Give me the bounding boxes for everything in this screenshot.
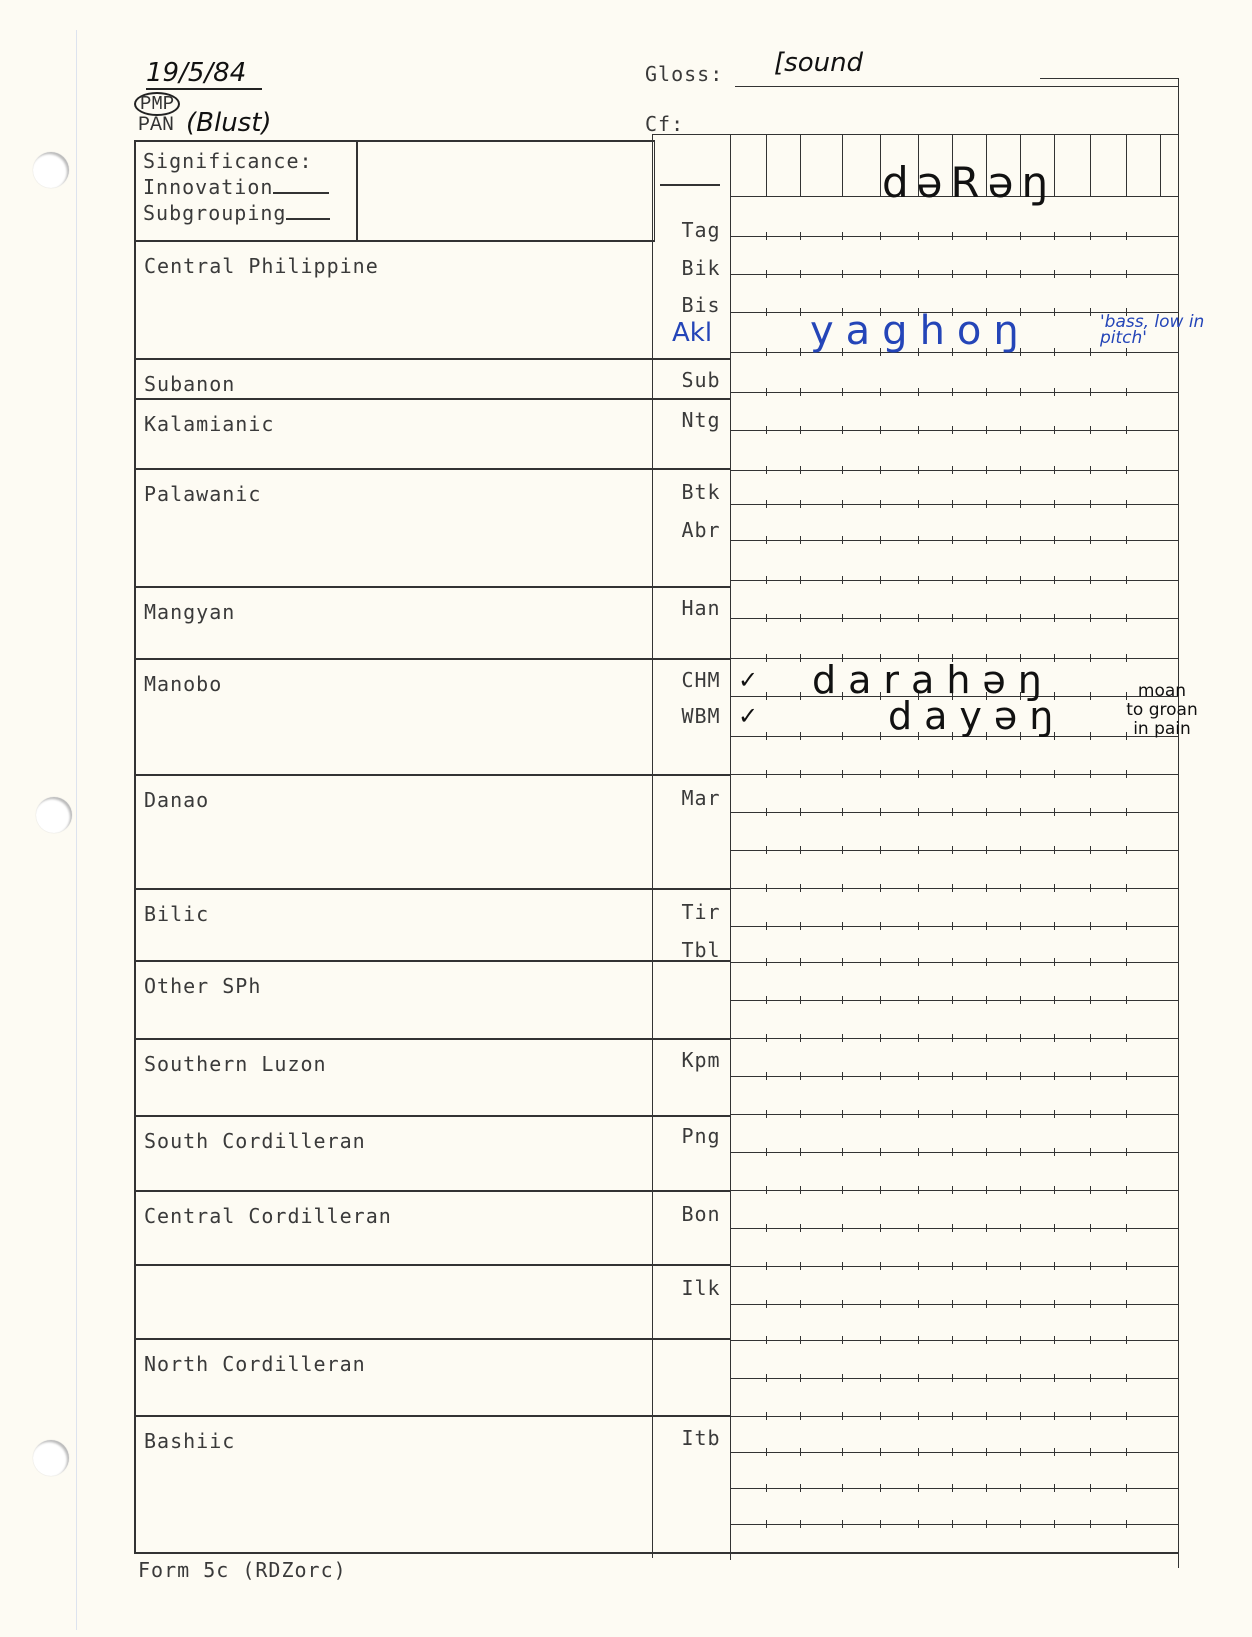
- tick-mark: [880, 500, 881, 508]
- tick-mark: [842, 1520, 843, 1528]
- tick-mark: [800, 846, 801, 854]
- tick-mark: [952, 922, 953, 930]
- group-name: Bashiic: [144, 1429, 235, 1453]
- tick-mark: [800, 732, 801, 740]
- tick-mark: [986, 1034, 987, 1042]
- tick-mark: [918, 808, 919, 816]
- akl-gloss: 'bass, low in pitch': [1100, 314, 1210, 346]
- ruled-line: [730, 1304, 1178, 1305]
- tick-mark: [1020, 808, 1021, 816]
- tick-mark: [1020, 232, 1021, 240]
- tick-mark: [1090, 1448, 1091, 1456]
- ruled-line: [730, 504, 1178, 505]
- tick-mark: [1126, 1300, 1127, 1308]
- tick-mark: [986, 466, 987, 474]
- ruled-line: [730, 1452, 1178, 1453]
- ruled-line: [730, 1114, 1178, 1115]
- ruled-line: [730, 926, 1178, 927]
- tick-mark: [1020, 576, 1021, 584]
- tick-mark: [1090, 576, 1091, 584]
- tick-mark: [1090, 958, 1091, 966]
- tick-mark: [842, 1484, 843, 1492]
- tick-mark: [880, 614, 881, 622]
- tick-mark: [952, 996, 953, 1004]
- tick-mark: [800, 654, 801, 662]
- tick-mark: [1054, 1072, 1055, 1080]
- tick-mark: [1020, 426, 1021, 434]
- tick-mark: [1020, 1262, 1021, 1270]
- tick-mark: [842, 1262, 843, 1270]
- group-name: Other SPh: [144, 974, 261, 998]
- tick-mark: [1090, 614, 1091, 622]
- chm-check: ✓: [738, 666, 758, 694]
- tick-mark: [880, 958, 881, 966]
- tick-mark: [800, 1262, 801, 1270]
- tick-mark: [880, 576, 881, 584]
- tick-mark: [1126, 1262, 1127, 1270]
- tick-mark: [986, 922, 987, 930]
- tick-mark: [1020, 1374, 1021, 1382]
- tick-mark: [1020, 1224, 1021, 1232]
- tick-mark: [800, 270, 801, 278]
- tick-mark: [918, 466, 919, 474]
- tick-mark: [1054, 1520, 1055, 1528]
- tick-mark: [1054, 308, 1055, 316]
- language-code: Abr: [676, 518, 726, 542]
- ruled-line: [730, 1190, 1178, 1191]
- tick-mark: [880, 884, 881, 892]
- tick-mark: [1090, 1224, 1091, 1232]
- right-border: [1178, 78, 1179, 1568]
- tick-mark: [1126, 614, 1127, 622]
- tick-mark: [952, 884, 953, 892]
- tick-mark: [880, 846, 881, 854]
- group-divider: [134, 398, 730, 400]
- tick-mark: [986, 1484, 987, 1492]
- tick-mark: [800, 1484, 801, 1492]
- tick-mark: [918, 614, 919, 622]
- tick-mark: [880, 1148, 881, 1156]
- tick-mark: [918, 1448, 919, 1456]
- tick-mark: [1126, 1484, 1127, 1492]
- tick-mark: [1020, 958, 1021, 966]
- tick-mark: [800, 1148, 801, 1156]
- language-code: Bis: [676, 293, 726, 317]
- tick-mark: [842, 1148, 843, 1156]
- tick-mark: [800, 348, 801, 356]
- tick-mark: [842, 808, 843, 816]
- ruled-line: [730, 1378, 1178, 1379]
- tick-mark: [1054, 1374, 1055, 1382]
- tick-mark: [1020, 846, 1021, 854]
- group-name: Danao: [144, 788, 209, 812]
- tick-mark: [986, 426, 987, 434]
- innovation-blank[interactable]: [273, 192, 329, 194]
- tick-mark: [880, 808, 881, 816]
- tick-mark: [880, 1484, 881, 1492]
- tick-mark: [918, 500, 919, 508]
- tick-mark: [800, 1072, 801, 1080]
- tick-mark: [842, 388, 843, 396]
- tick-mark: [1090, 1300, 1091, 1308]
- group-divider: [134, 1338, 730, 1340]
- tick-mark: [1090, 536, 1091, 544]
- tick-mark: [766, 1148, 767, 1156]
- ruled-line: [730, 812, 1178, 813]
- tick-mark: [1090, 348, 1091, 356]
- tick-mark: [842, 576, 843, 584]
- tick-mark: [880, 1224, 881, 1232]
- tick-mark: [1054, 1300, 1055, 1308]
- ruled-line: [730, 1416, 1178, 1417]
- tick-mark: [766, 808, 767, 816]
- tick-mark: [986, 1072, 987, 1080]
- source-note: (Blust): [186, 108, 272, 138]
- tick-mark: [952, 1484, 953, 1492]
- tick-mark: [986, 1448, 987, 1456]
- tick-mark: [800, 1186, 801, 1194]
- tick-mark: [952, 500, 953, 508]
- language-code: WBM: [676, 704, 726, 728]
- cell-divider: [766, 134, 767, 196]
- tick-mark: [1020, 884, 1021, 892]
- ruled-line: [730, 236, 1178, 237]
- tick-mark: [1126, 1520, 1127, 1528]
- cell-divider: [1090, 134, 1091, 196]
- cell-divider: [842, 134, 843, 196]
- tick-mark: [842, 1072, 843, 1080]
- punch-hole: [33, 152, 69, 188]
- tick-mark: [1090, 654, 1091, 662]
- gloss-line: in pain: [1112, 720, 1212, 739]
- tick-mark: [1054, 1412, 1055, 1420]
- tick-mark: [1090, 500, 1091, 508]
- wbm-form: dayəŋ: [888, 694, 1065, 738]
- ruled-line: [730, 1152, 1178, 1153]
- tick-mark: [766, 576, 767, 584]
- tick-mark: [1020, 1412, 1021, 1420]
- tick-mark: [842, 1110, 843, 1118]
- tick-mark: [880, 232, 881, 240]
- punch-hole: [33, 1440, 69, 1476]
- tick-mark: [842, 770, 843, 778]
- language-code: Tag: [676, 218, 726, 242]
- tick-mark: [952, 1224, 953, 1232]
- tick-mark: [766, 614, 767, 622]
- tick-mark: [918, 1412, 919, 1420]
- tick-mark: [800, 308, 801, 316]
- tick-mark: [880, 1186, 881, 1194]
- tick-mark: [952, 388, 953, 396]
- tick-mark: [918, 1336, 919, 1344]
- tick-mark: [800, 1520, 801, 1528]
- significance-text: Significance: Innovation Subgrouping: [143, 148, 330, 226]
- pmp-label: PMP: [134, 92, 180, 116]
- tick-mark: [918, 770, 919, 778]
- tick-mark: [1090, 884, 1091, 892]
- tick-mark: [1126, 654, 1127, 662]
- lang-col-right: [730, 134, 731, 1560]
- punch-hole: [36, 797, 72, 833]
- group-divider: [134, 774, 730, 776]
- tick-mark: [766, 1412, 767, 1420]
- tick-mark: [1020, 536, 1021, 544]
- tick-mark: [918, 388, 919, 396]
- tick-mark: [880, 1034, 881, 1042]
- tick-mark: [1126, 958, 1127, 966]
- tick-mark: [986, 270, 987, 278]
- tick-mark: [1126, 922, 1127, 930]
- date: 19/5/84: [146, 58, 262, 90]
- tick-mark: [1126, 466, 1127, 474]
- tick-mark: [1020, 614, 1021, 622]
- tick-mark: [1126, 500, 1127, 508]
- tick-mark: [952, 1148, 953, 1156]
- language-code: Bik: [676, 256, 726, 280]
- tick-mark: [1126, 270, 1127, 278]
- tick-mark: [880, 388, 881, 396]
- group-divider: [134, 888, 730, 890]
- tick-mark: [986, 1262, 987, 1270]
- tick-mark: [1126, 1110, 1127, 1118]
- cell-divider: [1126, 134, 1127, 196]
- tick-mark: [800, 1448, 801, 1456]
- tick-mark: [766, 654, 767, 662]
- tick-mark: [952, 1520, 953, 1528]
- group-name: Subanon: [144, 372, 235, 396]
- tick-mark: [766, 1520, 767, 1528]
- tick-mark: [842, 500, 843, 508]
- tick-mark: [986, 884, 987, 892]
- tick-mark: [1090, 1262, 1091, 1270]
- tick-mark: [986, 846, 987, 854]
- tick-mark: [986, 1412, 987, 1420]
- group-divider: [134, 468, 730, 470]
- tick-mark: [766, 692, 767, 700]
- tick-mark: [1126, 1072, 1127, 1080]
- tick-mark: [800, 232, 801, 240]
- tick-mark: [766, 1448, 767, 1456]
- cell-divider: [800, 134, 801, 196]
- wbm-check: ✓: [738, 702, 758, 730]
- tick-mark: [986, 1336, 987, 1344]
- tick-mark: [1020, 270, 1021, 278]
- tick-mark: [1090, 1072, 1091, 1080]
- tick-mark: [800, 1110, 801, 1118]
- language-code: Kpm: [676, 1048, 726, 1072]
- tick-mark: [766, 1072, 767, 1080]
- ruled-line: [730, 392, 1178, 393]
- tick-mark: [880, 1110, 881, 1118]
- tick-mark: [952, 232, 953, 240]
- tick-mark: [800, 576, 801, 584]
- tick-mark: [1090, 1336, 1091, 1344]
- tick-mark: [766, 426, 767, 434]
- tick-mark: [842, 846, 843, 854]
- tick-mark: [986, 958, 987, 966]
- tick-mark: [918, 576, 919, 584]
- ruled-line: [730, 1266, 1178, 1267]
- tick-mark: [880, 770, 881, 778]
- margin-line: [76, 30, 77, 1630]
- tick-mark: [800, 1336, 801, 1344]
- group-divider: [134, 658, 730, 660]
- tick-mark: [952, 808, 953, 816]
- group-name: Kalamianic: [144, 412, 274, 436]
- tick-mark: [918, 1110, 919, 1118]
- tick-mark: [1020, 1520, 1021, 1528]
- tick-mark: [1126, 426, 1127, 434]
- tick-mark: [918, 1262, 919, 1270]
- language-code: Ntg: [676, 408, 726, 432]
- tick-mark: [766, 348, 767, 356]
- tick-mark: [800, 388, 801, 396]
- group-name: Mangyan: [144, 600, 235, 624]
- tick-mark: [1054, 846, 1055, 854]
- tick-mark: [1054, 808, 1055, 816]
- tick-mark: [1090, 732, 1091, 740]
- group-name: Manobo: [144, 672, 222, 696]
- tick-mark: [800, 922, 801, 930]
- ruled-line: [730, 618, 1178, 619]
- subgrouping-blank[interactable]: [286, 218, 330, 220]
- tick-mark: [842, 1412, 843, 1420]
- tick-mark: [1090, 808, 1091, 816]
- tick-mark: [1054, 1336, 1055, 1344]
- tick-mark: [1126, 884, 1127, 892]
- tick-mark: [766, 884, 767, 892]
- tick-mark: [842, 426, 843, 434]
- tick-mark: [952, 536, 953, 544]
- pan-label: PAN: [138, 114, 174, 137]
- tick-mark: [880, 270, 881, 278]
- akl-lang: Akl: [672, 318, 712, 348]
- tick-mark: [1090, 426, 1091, 434]
- tick-mark: [1090, 1186, 1091, 1194]
- gloss-underline: [735, 86, 1178, 87]
- tick-mark: [952, 426, 953, 434]
- tick-mark: [1054, 1186, 1055, 1194]
- tick-mark: [880, 996, 881, 1004]
- tick-mark: [1126, 808, 1127, 816]
- tick-mark: [918, 1300, 919, 1308]
- cell-divider: [1160, 134, 1161, 196]
- lang-dash: [660, 184, 720, 186]
- tick-mark: [842, 1448, 843, 1456]
- tick-mark: [986, 1110, 987, 1118]
- tick-mark: [766, 958, 767, 966]
- gloss-line: to groan: [1112, 701, 1212, 720]
- tick-mark: [918, 1484, 919, 1492]
- subgrouping-label: Subgrouping: [143, 201, 286, 225]
- tick-mark: [880, 1520, 881, 1528]
- tick-mark: [918, 270, 919, 278]
- tick-mark: [952, 1072, 953, 1080]
- tick-mark: [766, 1262, 767, 1270]
- tick-mark: [880, 1072, 881, 1080]
- gloss-box-top: [1040, 78, 1178, 79]
- tick-mark: [918, 1186, 919, 1194]
- tick-mark: [986, 1186, 987, 1194]
- tick-mark: [952, 958, 953, 966]
- akl-form: yaghoŋ: [810, 308, 1031, 354]
- tick-mark: [1054, 1448, 1055, 1456]
- tick-mark: [952, 1374, 953, 1382]
- tick-mark: [918, 958, 919, 966]
- tick-mark: [842, 884, 843, 892]
- tick-mark: [918, 536, 919, 544]
- tick-mark: [986, 1148, 987, 1156]
- tick-mark: [1090, 1412, 1091, 1420]
- tick-mark: [766, 1034, 767, 1042]
- group-name: Bilic: [144, 902, 209, 926]
- tick-mark: [952, 1262, 953, 1270]
- tick-mark: [1090, 308, 1091, 316]
- tick-mark: [1020, 1148, 1021, 1156]
- tick-mark: [1020, 1484, 1021, 1492]
- ruled-line: [730, 1488, 1178, 1489]
- tick-mark: [842, 1374, 843, 1382]
- group-divider: [134, 358, 730, 360]
- tick-mark: [1054, 654, 1055, 662]
- tick-mark: [880, 1336, 881, 1344]
- tick-mark: [952, 1034, 953, 1042]
- tick-mark: [800, 958, 801, 966]
- tick-mark: [1126, 996, 1127, 1004]
- tick-mark: [766, 1224, 767, 1232]
- tick-mark: [1020, 1072, 1021, 1080]
- tick-mark: [1090, 846, 1091, 854]
- tick-mark: [800, 1224, 801, 1232]
- ruled-line: [730, 962, 1178, 963]
- tick-mark: [1090, 1148, 1091, 1156]
- tick-mark: [880, 1374, 881, 1382]
- tick-mark: [952, 576, 953, 584]
- tick-mark: [1090, 1034, 1091, 1042]
- group-name: Central Cordilleran: [144, 1204, 392, 1228]
- cell-divider: [1178, 134, 1179, 196]
- significance-title: Significance:: [143, 148, 330, 174]
- tick-mark: [1020, 922, 1021, 930]
- ruled-line: [730, 850, 1178, 851]
- tick-mark: [842, 232, 843, 240]
- tick-mark: [986, 996, 987, 1004]
- tick-mark: [842, 922, 843, 930]
- tick-mark: [800, 1412, 801, 1420]
- tick-mark: [1054, 232, 1055, 240]
- tick-mark: [918, 1034, 919, 1042]
- tick-mark: [1020, 466, 1021, 474]
- tick-mark: [800, 692, 801, 700]
- tick-mark: [842, 996, 843, 1004]
- tick-mark: [1020, 1034, 1021, 1042]
- gloss-line: moan: [1112, 682, 1212, 701]
- tick-mark: [952, 1336, 953, 1344]
- tick-mark: [1090, 996, 1091, 1004]
- tick-mark: [766, 388, 767, 396]
- language-code: Png: [676, 1124, 726, 1148]
- language-code: Sub: [676, 368, 726, 392]
- language-code: Bon: [676, 1202, 726, 1226]
- tick-mark: [1020, 1110, 1021, 1118]
- tick-mark: [1054, 576, 1055, 584]
- tick-mark: [880, 1300, 881, 1308]
- tick-mark: [766, 466, 767, 474]
- tick-mark: [1090, 466, 1091, 474]
- tick-mark: [1126, 232, 1127, 240]
- tick-mark: [766, 1300, 767, 1308]
- tick-mark: [986, 388, 987, 396]
